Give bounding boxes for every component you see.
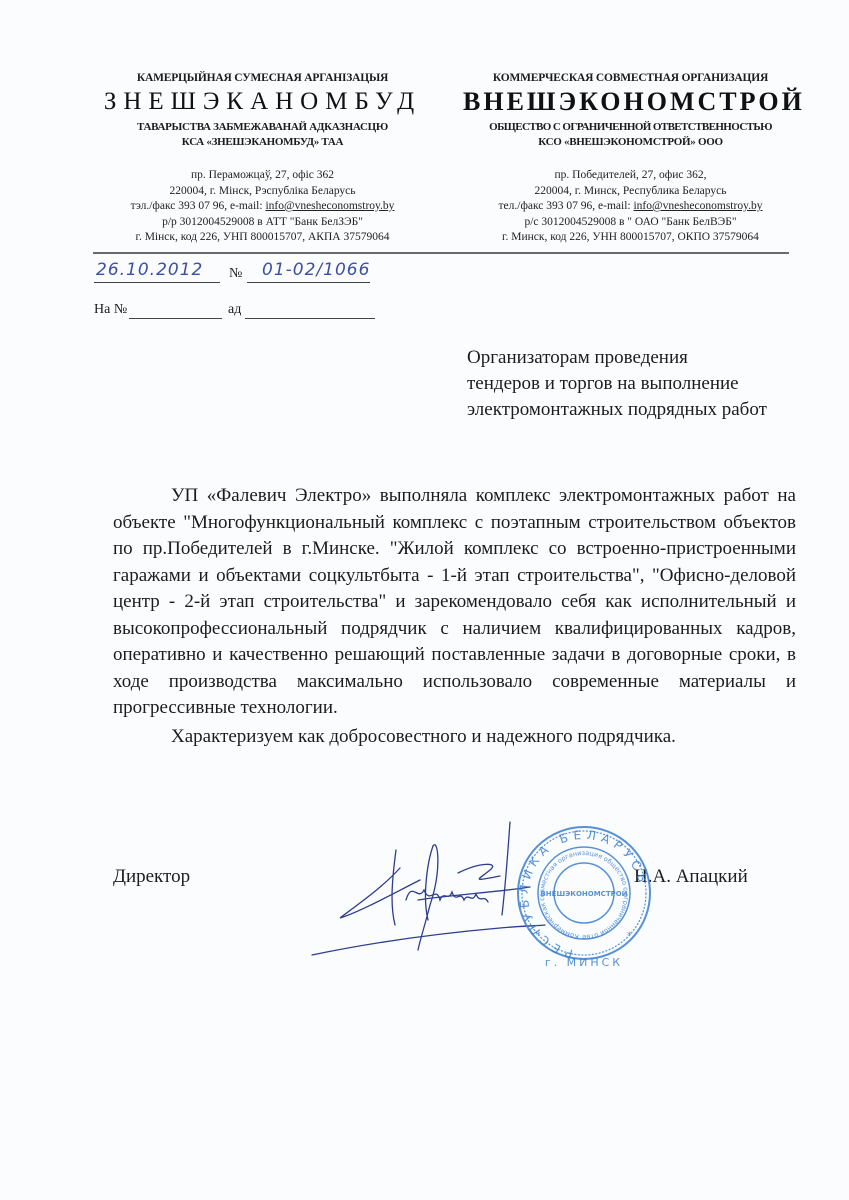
svg-text:*: * [536,931,541,941]
svg-text:ВНЕШЭКОНОМСТРОЙ: ВНЕШЭКОНОМСТРОЙ [540,889,627,898]
company-stamp-icon: РЕСПУБЛИКА БЕЛАРУСЬ Коммерческая совмест… [0,0,849,1200]
svg-text:Коммерческая совместная органи: Коммерческая совместная организация обще… [0,0,630,941]
svg-text:г. МИНСК: г. МИНСК [545,956,623,969]
svg-text:*: * [627,931,632,941]
